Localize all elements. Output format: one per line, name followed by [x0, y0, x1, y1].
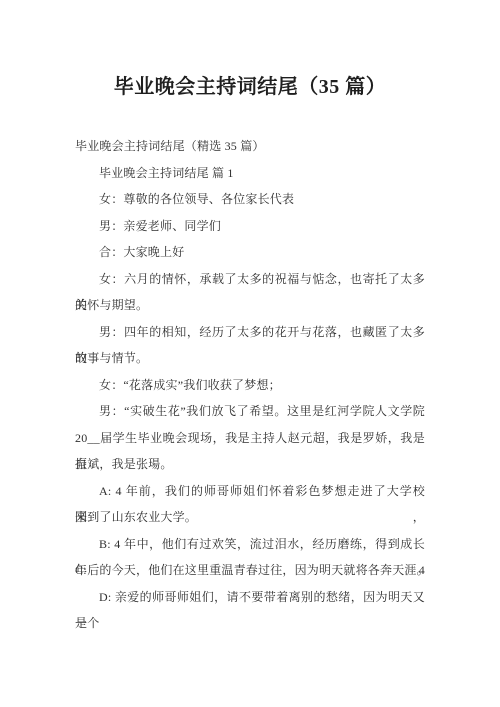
- text-line: 男：四年的相知，经历了太多的花开与花落，也藏匿了太多的: [75, 319, 425, 346]
- text-line: 男：“实破生花”我们放飞了希望。这里是红河学院人文学院: [75, 398, 425, 425]
- text-line: 故事与情节。: [75, 345, 425, 372]
- document-body: 毕业晚会主持词结尾（精选 35 篇）毕业晚会主持词结尾 篇 1女：尊敬的各位领导…: [75, 133, 425, 637]
- text-line: 女：六月的情怀，承载了太多的祝福与惦念，也寄托了太多的: [75, 266, 425, 293]
- text-line: 毕业晚会主持词结尾 篇 1: [75, 160, 425, 187]
- text-line: D: 亲爱的师哥师姐们，请不要带着离别的愁绪，因为明天又是: [75, 584, 425, 611]
- text-line: 女：“花落成实”我们收获了梦想；: [75, 372, 425, 399]
- text-line: 合：大家晚上好: [75, 239, 425, 266]
- text-line: 振斌，我是张瑒。: [75, 451, 425, 478]
- text-line: 一个: [75, 610, 425, 637]
- text-line: 毕业晚会主持词结尾（精选 35 篇）: [75, 133, 425, 160]
- text-line: 女：尊敬的各位领导、各位家长代表: [75, 186, 425, 213]
- page-title: 毕业晚会主持词结尾（35 篇）: [0, 0, 500, 102]
- text-line: 男：亲爱老师、同学们: [75, 213, 425, 240]
- text-line: 20__届学生毕业晚会现场，我是主持人赵元超，我是罗娇，我是自: [75, 425, 425, 452]
- document-page: 毕业晚会主持词结尾（35 篇） 毕业晚会主持词结尾（精选 35 篇）毕业晚会主持…: [0, 0, 500, 707]
- text-line: 关怀与期望。: [75, 292, 425, 319]
- text-line: A: 4 年前，我们的师哥师姐们怀着彩色梦想走进了大学校园，: [75, 478, 425, 505]
- text-line: B: 4 年中，他们有过欢笑，流过泪水，经历磨练，得到成长 C: 4: [75, 531, 425, 558]
- text-line: 年后的今天，他们在这里重温青春过往，因为明天就将各奔天涯。: [75, 557, 425, 584]
